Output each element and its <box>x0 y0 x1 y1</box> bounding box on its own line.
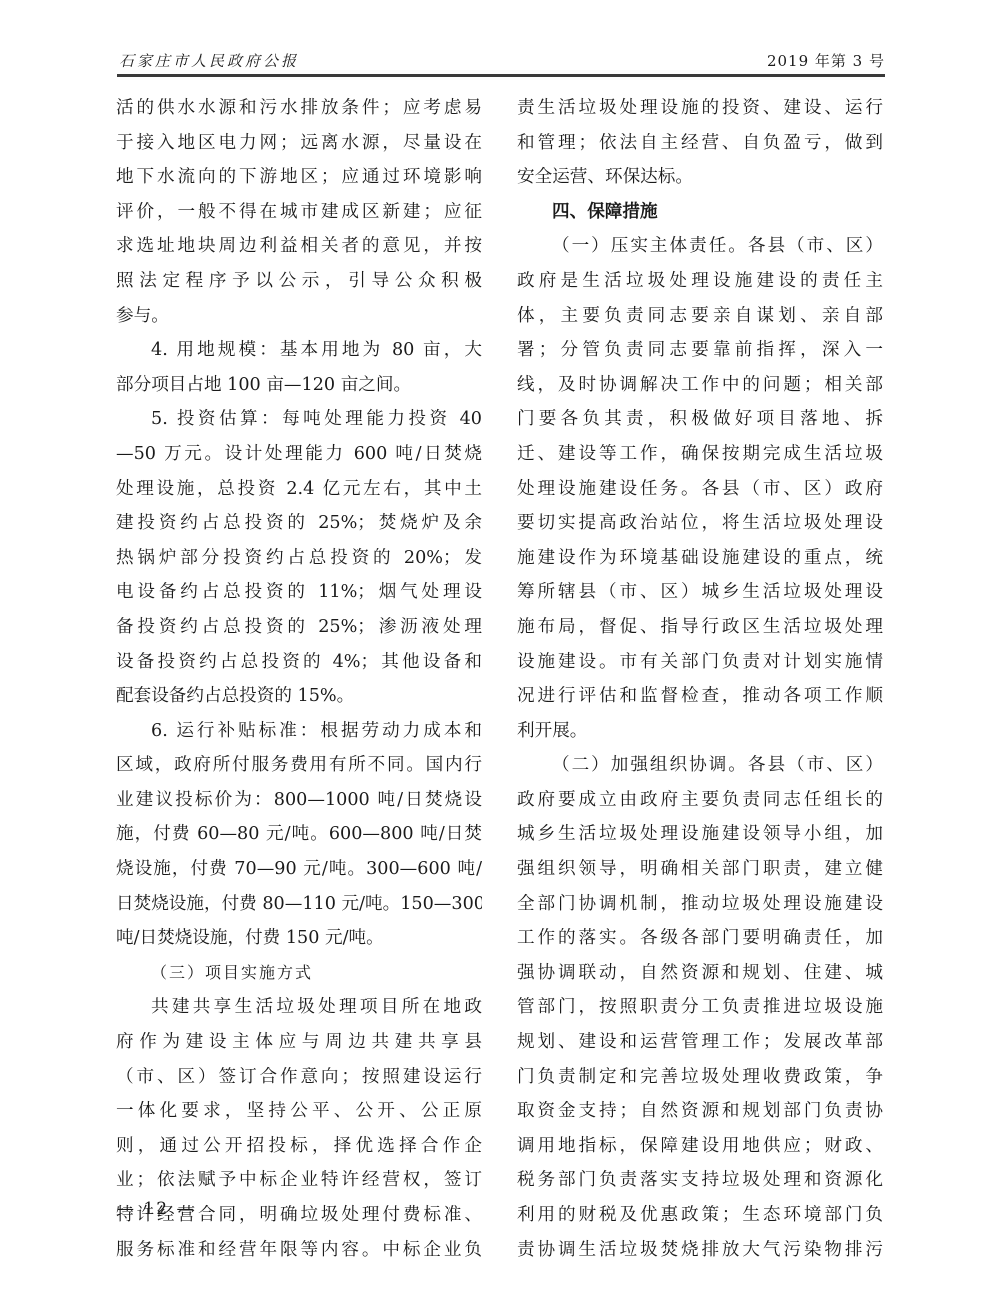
text-line: 施建设作为环境基础设施建设的重点，统 <box>517 541 883 576</box>
text-line: 5. 投资估算：每吨处理能力投资 40 <box>116 402 482 437</box>
text-line: 区域，政府所付服务费用有所不同。国内行 <box>116 748 482 783</box>
text-line: 参与。 <box>116 299 482 334</box>
text-line: 强协调联动，自然资源和规划、住建、城 <box>517 956 883 991</box>
text-line: 于接入地区电力网；远离水源，尽量设在 <box>116 126 482 161</box>
text-line: 利开展。 <box>517 714 883 749</box>
text-line: 服务标准和经营年限等内容。中标企业负 <box>116 1233 482 1268</box>
text-line: 强组织领导，明确相关部门职责，建立健 <box>517 852 883 887</box>
text-line: 署；分管负责同志要靠前指挥，深入一 <box>517 333 883 368</box>
text-line: 6. 运行补贴标准：根据劳动力成本和 <box>116 714 482 749</box>
text-line: 利用的财税及优惠政策；生态环境部门负 <box>517 1198 883 1233</box>
text-line: 业；依法赋予中标企业特许经营权，签订 <box>116 1163 482 1198</box>
text-line: 处理设施建设任务。各县（市、区）政府 <box>517 472 883 507</box>
text-line: （一）压实主体责任。各县（市、区） <box>517 229 883 264</box>
text-line: 门要各负其责，积极做好项目落地、拆 <box>517 402 883 437</box>
text-line: 迁、建设等工作，确保按期完成生活垃圾 <box>517 437 883 472</box>
text-line: 安全运营、环保达标。 <box>517 160 883 195</box>
text-line: 则，通过公开招投标，择优选择合作企 <box>116 1129 482 1164</box>
page-number: — 12 — <box>117 1199 195 1219</box>
text-line: 体，主要负责同志要亲自谋划、亲自部 <box>517 299 883 334</box>
text-line: 门负责制定和完善垃圾处理收费政策，争 <box>517 1060 883 1095</box>
text-line: 电设备约占总投资的 11%；烟气处理设 <box>116 575 482 610</box>
text-line: 一体化要求，坚持公平、公开、公正原 <box>116 1094 482 1129</box>
text-line: 烧设施，付费 70—90 元/吨。300—600 吨/ <box>116 852 482 887</box>
text-line: 况进行评估和监督检查，推动各项工作顺 <box>517 679 883 714</box>
text-line: 日焚烧设施，付费 80—110 元/吨。150—300 <box>116 887 482 922</box>
text-line: 责生活垃圾处理设施的投资、建设、运行 <box>517 91 883 126</box>
text-line: 建投资约占总投资的 25%；焚烧炉及余 <box>116 506 482 541</box>
text-line: 部分项目占地 100 亩—120 亩之间。 <box>116 368 482 403</box>
text-line: 配套设备约占总投资的 15%。 <box>116 679 482 714</box>
text-line: 府作为建设主体应与周边共建共享县 <box>116 1025 482 1060</box>
text-line: 要切实提高政治站位，将生活垃圾处理设 <box>517 506 883 541</box>
text-line: （二）加强组织协调。各县（市、区） <box>517 748 883 783</box>
text-line: 评价，一般不得在城市建成区新建；应征 <box>116 195 482 230</box>
journal-title: 石家庄市人民政府公报 <box>119 50 299 71</box>
text-line: 工作的落实。各级各部门要明确责任，加 <box>517 921 883 956</box>
running-header: 石家庄市人民政府公报 2019 年第 3 号 <box>117 50 885 74</box>
section-heading: 四、保障措施 <box>517 195 883 230</box>
text-line: 照法定程序予以公示，引导公众积极 <box>116 264 482 299</box>
text-line: 全部门协调机制，推动垃圾处理设施建设 <box>517 887 883 922</box>
text-line: （市、区）签订合作意向；按照建设运行 <box>116 1060 482 1095</box>
header-rule <box>117 74 885 77</box>
text-line: 处理设施，总投资 2.4 亿元左右，其中土 <box>116 472 482 507</box>
text-line: 施，付费 60—80 元/吨。600—800 吨/日焚 <box>116 817 482 852</box>
text-line: 责协调生活垃圾焚烧排放大气污染物排污 <box>517 1233 883 1268</box>
text-line: 规划、建设和运营管理工作；发展改革部 <box>517 1025 883 1060</box>
text-line: 求选址地块周边利益相关者的意见，并按 <box>116 229 482 264</box>
text-line: 设备投资约占总投资的 4%；其他设备和 <box>116 645 482 680</box>
text-line: 税务部门负责落实支持垃圾处理和资源化 <box>517 1163 883 1198</box>
text-line: 和管理；依法自主经营、自负盈亏，做到 <box>517 126 883 161</box>
text-line: 管部门，按照职责分工负责推进垃圾设施 <box>517 990 883 1025</box>
text-line: 设施建设。市有关部门负责对计划实施情 <box>517 645 883 680</box>
text-line: 备投资约占总投资的 25%；渗沥液处理 <box>116 610 482 645</box>
text-line: 吨/日焚烧设施，付费 150 元/吨。 <box>116 921 482 956</box>
text-line: 取资金支持；自然资源和规划部门负责协 <box>517 1094 883 1129</box>
text-line: 政府要成立由政府主要负责同志任组长的 <box>517 783 883 818</box>
subsection-heading: （三）项目实施方式 <box>116 956 482 991</box>
right-column: 责生活垃圾处理设施的投资、建设、运行和管理；依法自主经营、自负盈亏，做到安全运营… <box>517 91 883 1267</box>
text-line: 4. 用地规模：基本用地为 80 亩，大 <box>116 333 482 368</box>
text-line: 共建共享生活垃圾处理项目所在地政 <box>116 990 482 1025</box>
text-line: —50 万元。设计处理能力 600 吨/日焚烧 <box>116 437 482 472</box>
text-line: 施布局，督促、指导行政区生活垃圾处理 <box>517 610 883 645</box>
text-line: 城乡生活垃圾处理设施建设领导小组，加 <box>517 817 883 852</box>
text-line: 调用地指标，保障建设用地供应；财政、 <box>517 1129 883 1164</box>
text-line: 线，及时协调解决工作中的问题；相关部 <box>517 368 883 403</box>
left-column: 活的供水水源和污水排放条件；应考虑易于接入地区电力网；远离水源，尽量设在地下水流… <box>116 91 482 1267</box>
text-line: 政府是生活垃圾处理设施建设的责任主 <box>517 264 883 299</box>
text-line: 热锅炉部分投资约占总投资的 20%；发 <box>116 541 482 576</box>
issue-number: 2019 年第 3 号 <box>767 50 885 71</box>
text-line: 业建议投标价为：800—1000 吨/日焚烧设 <box>116 783 482 818</box>
text-line: 筹所辖县（市、区）城乡生活垃圾处理设 <box>517 575 883 610</box>
text-line: 活的供水水源和污水排放条件；应考虑易 <box>116 91 482 126</box>
text-line: 地下水流向的下游地区；应通过环境影响 <box>116 160 482 195</box>
